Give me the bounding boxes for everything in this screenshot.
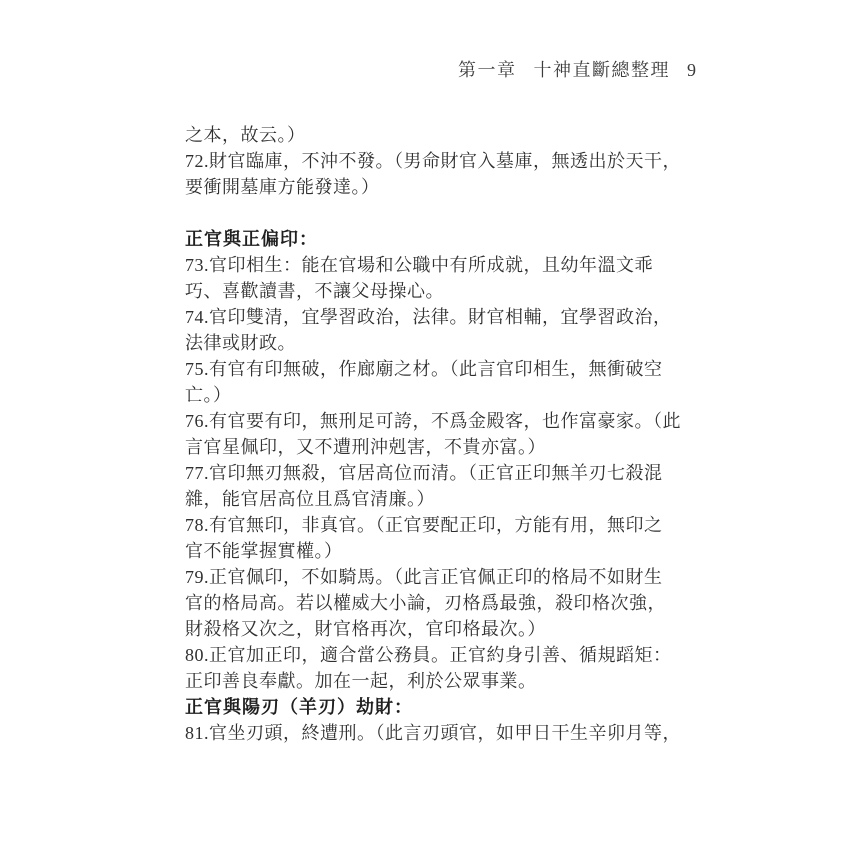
body-line: 要衝開墓庫方能發達。） [185,174,705,200]
body-line: 官的格局高。若以權威大小論，刃格爲最強，殺印格次強， [185,590,705,616]
body-line: 巧、喜歡讀書，不讓父母操心。 [185,278,705,304]
book-page: 第一章 十神直斷總整理 9 之本，故云。） 72.財官臨庫，不沖不發。（男命財官… [0,0,850,850]
body-line: 72.財官臨庫，不沖不發。（男命財官入墓庫，無透出於天干， [185,148,705,174]
body-line: 官不能掌握實權。） [185,538,705,564]
body-line: 78.有官無印，非真官。（正官要配正印，方能有用，無印之 [185,512,705,538]
blank-line [185,200,705,226]
body-line: 法律或財政。 [185,330,705,356]
body-line: 財殺格又次之，財官格再次，官印格最次。） [185,616,705,642]
section-heading: 正官與陽刃（羊刃）劫財： [185,694,705,720]
body-line: 之本，故云。） [185,122,705,148]
body-line: 80.正官加正印，適合當公務員。正官約身引善、循規蹈矩： [185,642,705,668]
body-line: 73.官印相生：能在官場和公職中有所成就，且幼年溫文乖 [185,252,705,278]
body-line: 77.官印無刃無殺，官居高位而清。（正官正印無羊刃七殺混 [185,460,705,486]
body-line: 81.官坐刃頭，終遭刑。（此言刃頭官，如甲日干生辛卯月等， [185,720,705,746]
body-line: 75.有官有印無破，作廊廟之材。（此言官印相生，無衝破空 [185,356,705,382]
chapter-title: 十神直斷總整理 [534,56,671,82]
body-line: 正印善良奉獻。加在一起，利於公眾事業。 [185,668,705,694]
chapter-label: 第一章 [458,56,517,82]
body-text-block: 之本，故云。） 72.財官臨庫，不沖不發。（男命財官入墓庫，無透出於天干， 要衝… [185,122,705,746]
body-line: 亡。） [185,382,705,408]
running-header: 第一章 十神直斷總整理 9 [458,56,698,82]
section-heading: 正官與正偏印： [185,226,705,252]
page-number: 9 [687,60,698,81]
body-line: 76.有官要有印，無刑足可誇，不爲金殿客，也作富豪家。（此 [185,408,705,434]
body-line: 言官星佩印，又不遭刑沖剋害，不貴亦富。） [185,434,705,460]
body-line: 雜，能官居高位且爲官清廉。） [185,486,705,512]
body-line: 74.官印雙清，宜學習政治，法律。財官相輔，宜學習政治， [185,304,705,330]
body-line: 79.正官佩印，不如騎馬。（此言正官佩正印的格局不如財生 [185,564,705,590]
